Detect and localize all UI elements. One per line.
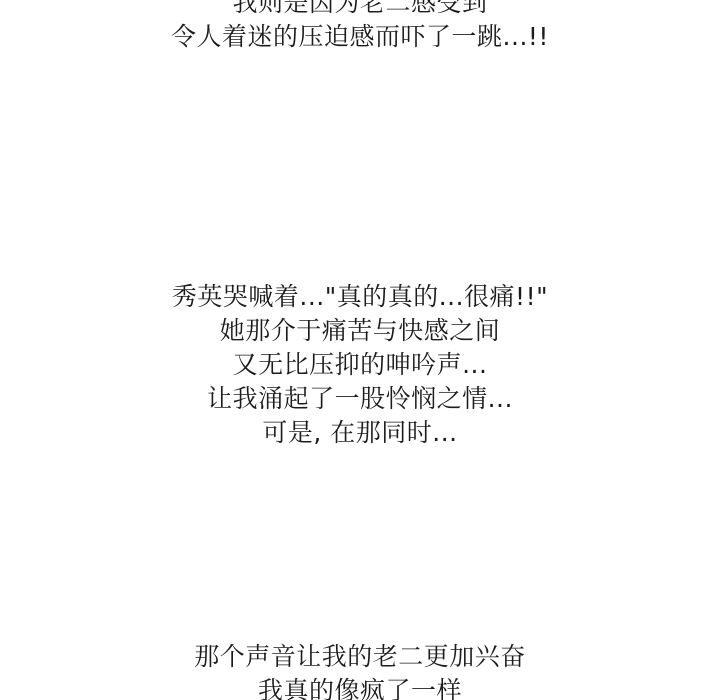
- caption-block-2: 秀英哭喊着..."真的真的...很痛!!" 她那介于痛苦与快感之间 又无比压抑的…: [0, 280, 720, 450]
- caption-line: 她那介于痛苦与快感之间: [0, 314, 720, 348]
- caption-block-3: 那个声音让我的老二更加兴奋 我真的像疯了一样: [0, 640, 720, 700]
- caption-line: 那个声音让我的老二更加兴奋: [0, 640, 720, 674]
- caption-line: 我则是因为老二感受到: [0, 0, 720, 20]
- caption-line: 可是, 在那同时...: [0, 416, 720, 450]
- caption-line: 让我涌起了一股怜悯之情...: [0, 382, 720, 416]
- caption-line: 我真的像疯了一样: [0, 674, 720, 700]
- caption-line: 又无比压抑的呻吟声...: [0, 348, 720, 382]
- caption-line: 令人着迷的压迫感而吓了一跳...!!: [0, 20, 720, 54]
- caption-block-1: 我则是因为老二感受到 令人着迷的压迫感而吓了一跳...!!: [0, 0, 720, 54]
- caption-line: 秀英哭喊着..."真的真的...很痛!!": [0, 280, 720, 314]
